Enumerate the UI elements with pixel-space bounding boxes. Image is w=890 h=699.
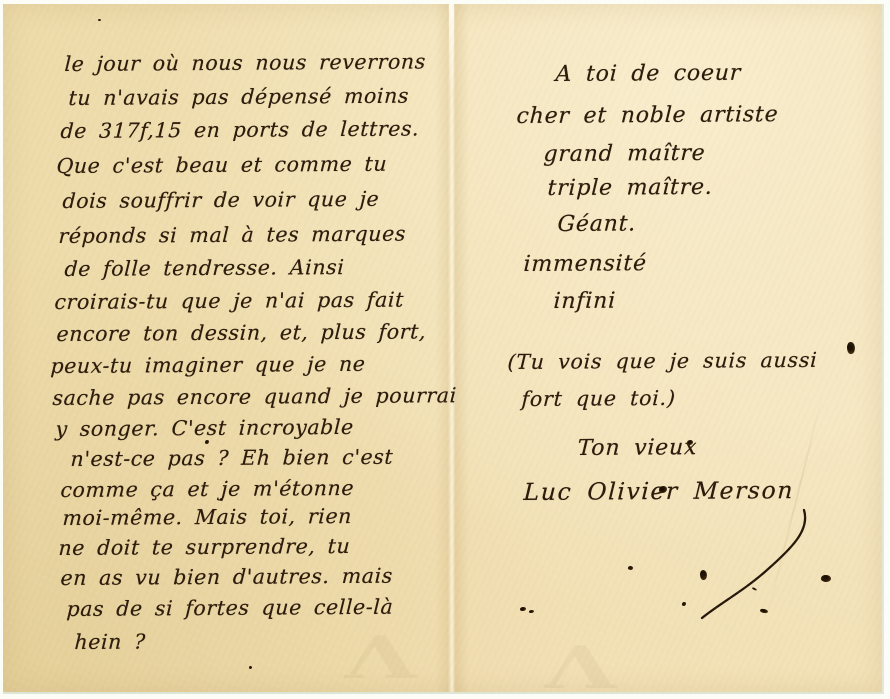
ink-spot [529,610,534,613]
parenthetical-line: fort que toi.) [521,386,676,411]
emphasis-word: immensité [523,251,647,277]
handwritten-line: croirais-tu que je n'ai pas fait [54,288,405,314]
handwritten-line: comme ça et je m'étonne [60,476,355,502]
letter-scan: le jour où nous nous reverrons tu n'avai… [0,0,890,699]
handwritten-line: ne doit te surprendre, tu [58,534,351,560]
handwritten-line: pas de si fortes que celle-là [66,595,394,621]
valediction-line: A toi de coeur [555,61,742,87]
handwritten-line: le jour où nous nous reverrons [64,49,426,76]
handwritten-line: en as vu bien d'autres. mais [60,564,393,590]
parenthetical-line: (Tu vois que je suis aussi [507,348,818,374]
handwritten-line: peux-tu imaginer que je ne [50,352,366,378]
valediction-line: grand maître [543,141,706,167]
valediction-line: cher et noble artiste [516,102,779,129]
handwritten-line: réponds si mal à tes marques [58,222,407,248]
ink-spot [205,440,209,444]
valediction-line: triple maître. [547,175,713,201]
show-through-mark: Λ [344,624,416,692]
handwritten-line: dois souffrir de voir que je [62,187,380,213]
ink-spot [820,574,831,583]
signature-flourish [691,504,816,629]
handwritten-line: y songer. C'est incroyable [55,415,354,441]
handwritten-line: de folle tendresse. Ainsi [64,255,345,281]
ink-spot [249,666,252,669]
handwritten-line: sache pas encore quand je pourrai [52,383,457,410]
center-fold-crease [435,4,469,692]
letter-paper: le jour où nous nous reverrons tu n'avai… [3,4,884,694]
ink-spot [520,607,526,611]
handwritten-line: moi-même. Mais toi, rien [62,504,353,530]
ink-spot [627,565,633,570]
emphasis-word: infini [553,289,617,314]
fold-top-highlight [449,4,454,94]
handwritten-line: hein ? [74,629,146,654]
emphasis-word: Géant. [557,211,637,237]
ink-spot [98,19,101,21]
handwritten-line: encore ton dessin, et, plus fort, [56,319,427,346]
ink-spot [846,341,856,354]
handwritten-line: Que c'est beau et comme tu [56,152,388,178]
handwritten-line: n'est-ce pas ? Eh bien c'est [70,445,394,471]
handwritten-line: tu n'avais pas dépensé moins [68,84,410,110]
closing-line: Ton vieux [577,435,698,461]
ink-spot [682,602,686,606]
show-through-mark: Λ [544,634,616,699]
handwritten-line: de 317f,15 en ports de lettres. [60,116,420,143]
